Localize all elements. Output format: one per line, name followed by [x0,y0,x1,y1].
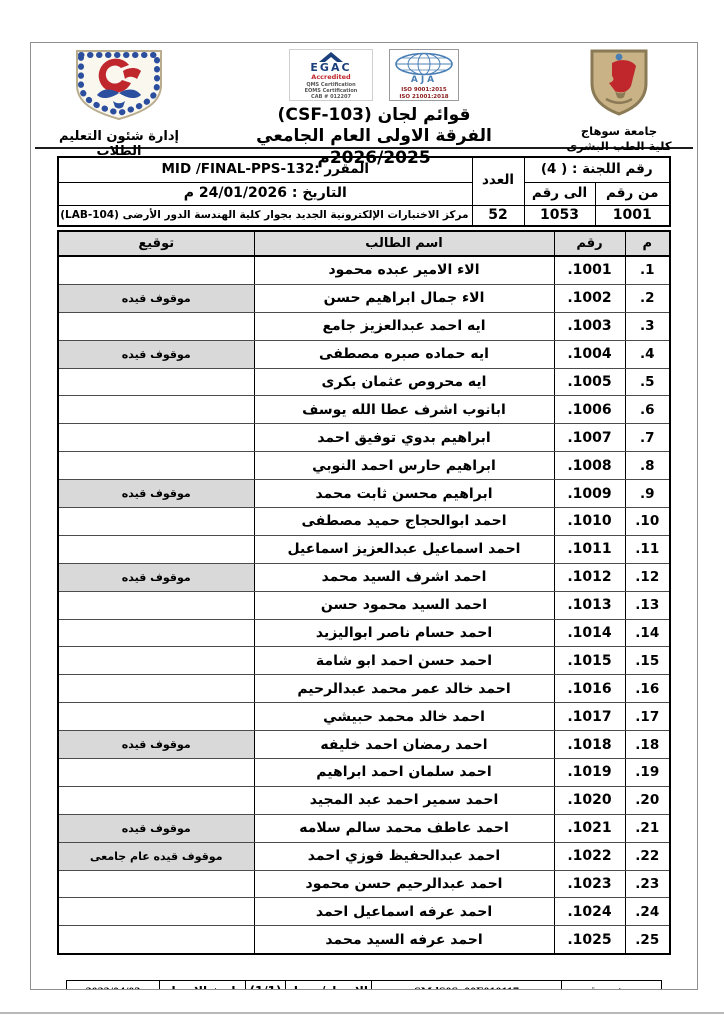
student-name-cell: احمد عرفه اسماعيل احمد [254,898,554,926]
serial-cell: 8. [625,452,670,480]
table-row: 14. 1014. احمد حسام ناصر ابواليزيد [58,619,670,647]
table-row: 21. 1021. احمد عاطف محمد سالم سلامه موقو… [58,814,670,842]
exam-info-table: رقم اللجنة : ( 4) العدد المقرر :MID /FIN… [57,156,671,227]
seat-number-cell: 1015. [554,647,625,675]
serial-cell: 21. [625,814,670,842]
student-name-cell: احمد عبدالحفيظ فوزي احمد [254,842,554,870]
student-affairs-logo-icon [63,108,175,127]
signature-cell [58,368,254,396]
table-row: 24. 1024. احمد عرفه اسماعيل احمد [58,898,670,926]
serial-cell: 6. [625,396,670,424]
table-row: 20. 1020. احمد سمير احمد عبد المجيد [58,786,670,814]
serial-cell: 2. [625,284,670,312]
seat-number-cell: 1007. [554,424,625,452]
table-header-row: م رقم اسم الطالب توقيع [58,231,670,256]
serial-cell: 24. [625,898,670,926]
serial-cell: 23. [625,870,670,898]
svg-text:ISO 9001:2015: ISO 9001:2015 [401,87,447,93]
student-name-cell: ايه محروص عثمان بكرى [254,368,554,396]
serial-cell: 9. [625,480,670,508]
signature-cell: موقوف قيده [58,284,254,312]
form-footer-table: نموذج رقم SMdS0Sa00F010117 الاصدار/تعديل… [66,980,662,990]
student-name-cell: ايه احمد عبدالعزيز جامع [254,312,554,340]
signature-header: توقيع [58,231,254,256]
aja-accreditation-icon: AJA ISO 9001:2015 ISO 21001:2018 [389,49,459,101]
seat-number-cell: 1018. [554,731,625,759]
signature-cell [58,396,254,424]
table-row: 25. 1025. احمد عرفه السيد محمد [58,926,670,954]
seat-number-cell: 1023. [554,870,625,898]
student-name-cell: الاء الامير عبده محمود [254,256,554,284]
student-name-cell: احمد سلمان احمد ابراهيم [254,759,554,787]
affairs-caption: إدارة شئون التعليم الطلاب [39,129,199,159]
signature-cell [58,675,254,703]
table-row: 6. 1006. ابانوب اشرف عطا الله يوسف [58,396,670,424]
student-name-cell: احمد اشرف السيد محمد [254,563,554,591]
seat-number-cell: 1003. [554,312,625,340]
number-header: رقم [554,231,625,256]
students-table: م رقم اسم الطالب توقيع 1. 1001. الاء الا… [57,230,671,955]
serial-cell: 16. [625,675,670,703]
from-number-value: 1001 [595,205,670,226]
signature-cell [58,452,254,480]
exam-location: مركز الاختبارات الإلكترونية الجديد بجوار… [58,205,472,226]
signature-cell: موقوف قيده [58,340,254,368]
student-name-cell: ابراهيم بدوي توفيق احمد [254,424,554,452]
issue-date-label: تاريخ الاصدار [160,981,246,990]
seat-number-cell: 1001. [554,256,625,284]
count-value: 52 [472,205,524,226]
title-block: EGAC Accredited QMS Certification EOMS C… [199,47,549,170]
serial-cell: 15. [625,647,670,675]
university-name: جامعة سوهاج [549,124,689,138]
seat-number-cell: 1013. [554,591,625,619]
to-number-label: الى رقم [524,182,595,205]
signature-cell [58,508,254,536]
signature-cell [58,870,254,898]
document-page: جامعة سوهاج كلية الطب البشرى EGAC Accred… [30,42,698,990]
exam-date: التاريخ : 24/01/2026 م [58,182,472,205]
seat-number-cell: 1024. [554,898,625,926]
seat-number-cell: 1011. [554,535,625,563]
signature-cell [58,647,254,675]
student-name-cell: احمد اسماعيل عبدالعزيز اسماعيل [254,535,554,563]
signature-cell: موقوف قيده [58,731,254,759]
serial-cell: 1. [625,256,670,284]
table-row: 5. 1005. ايه محروص عثمان بكرى [58,368,670,396]
signature-cell [58,535,254,563]
egac-accreditation-icon: EGAC Accredited QMS Certification EOMS C… [289,49,373,101]
seat-number-cell: 1014. [554,619,625,647]
seat-number-cell: 1008. [554,452,625,480]
table-row: 22. 1022. احمد عبدالحفيظ فوزي احمد موقوف… [58,842,670,870]
serial-cell: 11. [625,535,670,563]
student-name-cell: ابراهيم محسن ثابت محمد [254,480,554,508]
signature-cell [58,619,254,647]
serial-cell: 10. [625,508,670,536]
serial-cell: 7. [625,424,670,452]
serial-cell: 22. [625,842,670,870]
serial-cell: 5. [625,368,670,396]
student-name-cell: احمد خالد محمد حبيشي [254,703,554,731]
table-row: 13. 1013. احمد السيد محمود حسن [58,591,670,619]
committee-number: رقم اللجنة : ( 4) [524,157,670,182]
student-name-cell: احمد عرفه السيد محمد [254,926,554,954]
seat-number-cell: 1010. [554,508,625,536]
seat-number-cell: 1017. [554,703,625,731]
serial-cell: 3. [625,312,670,340]
signature-cell [58,926,254,954]
table-row: 19. 1019. احمد سلمان احمد ابراهيم [58,759,670,787]
sohag-university-logo-icon [582,104,656,123]
seat-number-cell: 1016. [554,675,625,703]
university-logo-block: جامعة سوهاج كلية الطب البشرى [549,47,689,154]
student-name-cell: الاء جمال ابراهيم حسن [254,284,554,312]
signature-cell [58,256,254,284]
seat-number-cell: 1019. [554,759,625,787]
table-row: 9. 1009. ابراهيم محسن ثابت محمد موقوف قي… [58,480,670,508]
signature-cell [58,424,254,452]
serial-cell: 20. [625,786,670,814]
table-row: 23. 1023. احمد عبدالرحيم حسن محمود [58,870,670,898]
serial-cell: 13. [625,591,670,619]
name-header: اسم الطالب [254,231,554,256]
table-row: 12. 1012. احمد اشرف السيد محمد موقوف قيد… [58,563,670,591]
svg-text:Accredited: Accredited [311,73,351,81]
table-row: 3. 1003. ايه احمد عبدالعزيز جامع [58,312,670,340]
serial-cell: 17. [625,703,670,731]
student-name-cell: احمد عاطف محمد سالم سلامه [254,814,554,842]
signature-cell [58,312,254,340]
student-name-cell: احمد سمير احمد عبد المجيد [254,786,554,814]
seat-number-cell: 1025. [554,926,625,954]
svg-text:CAB # 012207: CAB # 012207 [311,94,351,100]
signature-cell [58,703,254,731]
version-label: الاصدار/تعديل [286,981,372,990]
seat-number-cell: 1012. [554,563,625,591]
student-name-cell: ابراهيم حارس احمد النوبي [254,452,554,480]
page-break-line [0,1012,724,1014]
serial-cell: 19. [625,759,670,787]
signature-cell [58,786,254,814]
student-name-cell: احمد السيد محمود حسن [254,591,554,619]
table-row: 7. 1007. ابراهيم بدوي توفيق احمد [58,424,670,452]
student-name-cell: احمد حسن احمد ابو شامة [254,647,554,675]
serial-cell: 12. [625,563,670,591]
student-name-cell: ابانوب اشرف عطا الله يوسف [254,396,554,424]
student-name-cell: احمد خالد عمر محمد عبدالرحيم [254,675,554,703]
form-number-label: نموذج رقم [562,981,662,990]
signature-cell: موقوف قيده عام جامعى [58,842,254,870]
from-number-label: من رقم [595,182,670,205]
issue-date-value: 2022/04/03 [67,981,160,990]
seat-number-cell: 1009. [554,480,625,508]
seat-number-cell: 1002. [554,284,625,312]
table-row: 18. 1018. احمد رمضان احمد خليفه موقوف قي… [58,731,670,759]
seat-number-cell: 1022. [554,842,625,870]
table-row: 4. 1004. ايه حماده صبره مصطفى موقوف قيده [58,340,670,368]
seat-number-cell: 1020. [554,786,625,814]
seat-number-cell: 1005. [554,368,625,396]
serial-header: م [625,231,670,256]
student-name-cell: احمد رمضان احمد خليفه [254,731,554,759]
student-name-cell: ايه حماده صبره مصطفى [254,340,554,368]
seat-number-cell: 1004. [554,340,625,368]
serial-cell: 18. [625,731,670,759]
seat-number-cell: 1006. [554,396,625,424]
table-row: 2. 1002. الاء جمال ابراهيم حسن موقوف قيد… [58,284,670,312]
signature-cell: موقوف قيده [58,563,254,591]
page-header: جامعة سوهاج كلية الطب البشرى EGAC Accred… [31,43,697,143]
faculty-name: كلية الطب البشرى [549,139,689,153]
table-row: 11. 1011. احمد اسماعيل عبدالعزيز اسماعيل [58,535,670,563]
student-rows: م رقم اسم الطالب توقيع 1. 1001. الاء الا… [58,231,670,954]
affairs-logo-block: إدارة شئون التعليم الطلاب [39,47,199,159]
signature-cell [58,759,254,787]
version-value: (1/1) [246,981,286,990]
signature-cell [58,591,254,619]
student-name-cell: احمد عبدالرحيم حسن محمود [254,870,554,898]
table-row: 1. 1001. الاء الامير عبده محمود [58,256,670,284]
serial-cell: 4. [625,340,670,368]
table-row: 10. 1010. احمد ابوالحجاج حميد مصطفى [58,508,670,536]
table-row: 16. 1016. احمد خالد عمر محمد عبدالرحيم [58,675,670,703]
student-name-cell: احمد حسام ناصر ابواليزيد [254,619,554,647]
table-row: 8. 1008. ابراهيم حارس احمد النوبي [58,452,670,480]
serial-cell: 25. [625,926,670,954]
signature-cell [58,898,254,926]
table-row: 15. 1015. احمد حسن احمد ابو شامة [58,647,670,675]
table-row: 17. 1017. احمد خالد محمد حبيشي [58,703,670,731]
svg-text:ISO 21001:2018: ISO 21001:2018 [399,94,448,100]
to-number-value: 1053 [524,205,595,226]
svg-text:AJA: AJA [411,75,437,85]
serial-cell: 14. [625,619,670,647]
seat-number-cell: 1021. [554,814,625,842]
document-title: قوائم لجان (CSF-103) [199,105,549,125]
signature-cell: موقوف قيده [58,814,254,842]
signature-cell: موقوف قيده [58,480,254,508]
student-name-cell: احمد ابوالحجاج حميد مصطفى [254,508,554,536]
form-number-value: SMdS0Sa00F010117 [372,981,562,990]
